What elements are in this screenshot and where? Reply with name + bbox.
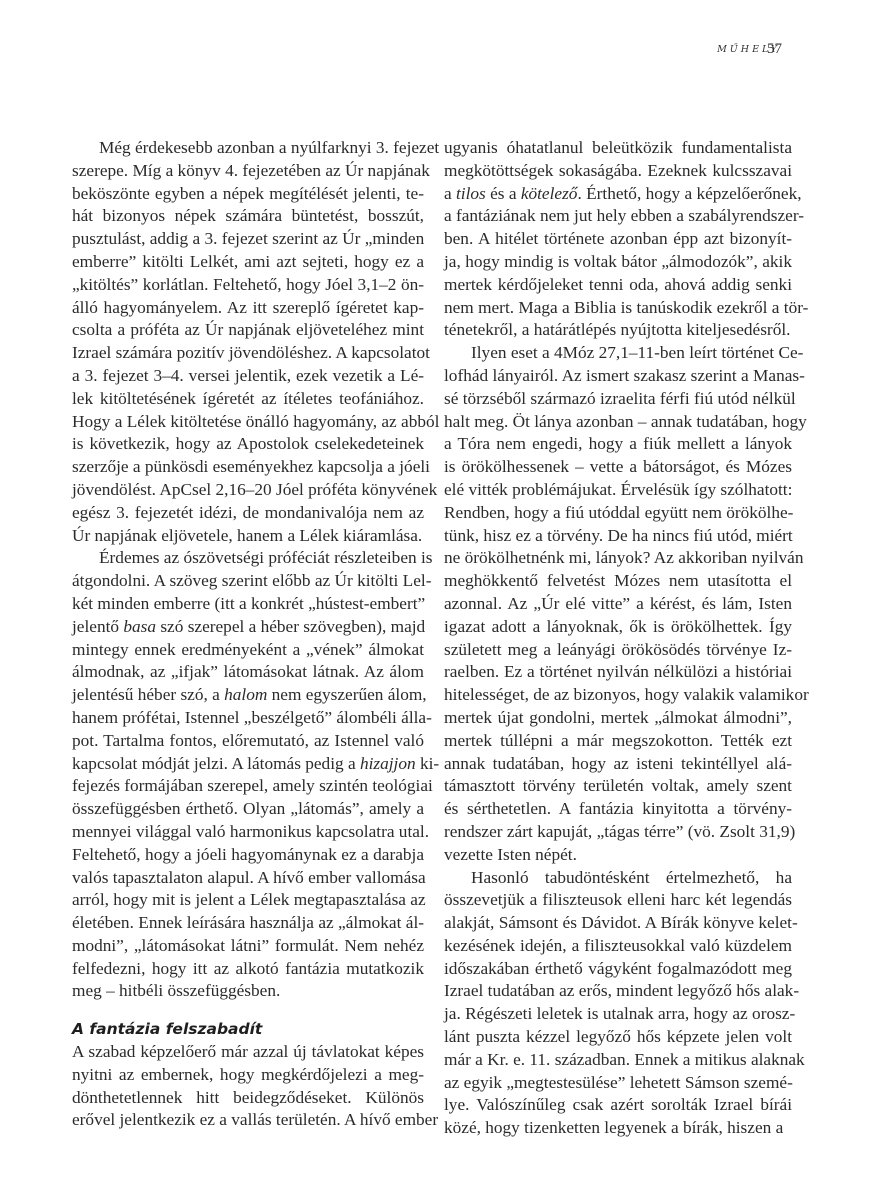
text-line: egész 3. fejezetét idézi, de mondanivaló…	[72, 502, 424, 525]
text-line: annak tudatában, hogy az isteni tekintél…	[444, 753, 792, 776]
text-line: fejezés formájában szerepel, amely szint…	[72, 775, 424, 798]
paragraph: A szabad képzelőerő már azzal új távlato…	[72, 1041, 424, 1132]
text-line: átgondolni. A szöveg szerint előbb az Úr…	[72, 570, 424, 593]
text-line: alakját, Sámsont és Dávidot. A Bírák kön…	[444, 912, 792, 935]
text-line: már a Kr. e. 11. században. Ennek a miti…	[444, 1049, 792, 1072]
text-line: mertek túllépni a már megszokotton. Tett…	[444, 730, 792, 753]
text-line: is következik, hogy az Apostolok cseleke…	[72, 433, 424, 456]
text-line: „kitöltés” korlátlan. Feltehető, hogy Jó…	[72, 274, 424, 297]
text-line: elé vitték problémájukat. Érvelésük így …	[444, 479, 792, 502]
paragraph: ugyanis óhatatlanul beleütközik fundamen…	[444, 137, 792, 342]
text-line: jelentő basa szó szerepel a héber szöveg…	[72, 616, 424, 639]
text-line: a 3. fejezet 3–4. versei jelentik, ezek …	[72, 365, 424, 388]
text-line: csolta a próféta az Úr napjának eljövete…	[72, 319, 424, 342]
text-line: A szabad képzelőerő már azzal új távlato…	[72, 1041, 424, 1064]
text-line: és sérthetetlen. A fantázia kinyitotta a…	[444, 798, 792, 821]
text-line: vezette Isten népét.	[444, 844, 792, 867]
text-line: raelben. Ez a történet nyilván nélkülözi…	[444, 661, 792, 684]
text-line: időszakában érthető vágyként fogalmazódo…	[444, 958, 792, 981]
text-line: kezésének idején, a filiszteusokkal való…	[444, 935, 792, 958]
text-line: jelentésű héber szó, a halom nem egyszer…	[72, 684, 424, 707]
text-line: beköszönte egyben a népek megítélését je…	[72, 183, 424, 206]
text-line: emberre” kitölti Lelkét, ami azt sejteti…	[72, 251, 424, 274]
text-line: két minden emberre (itt a konkrét „húste…	[72, 593, 424, 616]
paragraph: Hasonló tabudöntésként értelmezhető, haö…	[444, 867, 792, 1141]
text-line: pot. Tartalma fontos, előremutató, az Is…	[72, 730, 424, 753]
text-line: Hogy a Lélek kitöltetése önálló hagyomán…	[72, 411, 424, 434]
left-column: Még érdekesebb azonban a nyúlfarknyi 3. …	[72, 137, 424, 1132]
text-line: lek kitöltetésének ígéretét az ítéletes …	[72, 388, 424, 411]
paragraph: Érdemes az ószövetségi próféciát részlet…	[72, 547, 424, 1003]
text-line: támasztott törvény területén voltak, ame…	[444, 775, 792, 798]
text-line: ja. Régészeti leletek is utalnak arra, h…	[444, 1003, 792, 1026]
text-line: tünk, hisz ez a törvény. De ha nincs fiú…	[444, 525, 792, 548]
text-line: összevetjük a filiszteusok elleni harc k…	[444, 889, 792, 912]
text-line: lánt puszta kézzel legyőző hős képzete j…	[444, 1026, 792, 1049]
text-line: valós tapasztalaton alapul. A hívő ember…	[72, 867, 424, 890]
text-line: az egyik „megtestesülése” lehetett Sámso…	[444, 1072, 792, 1095]
text-line: hitelességet, de az bizonyos, hogy valak…	[444, 684, 792, 707]
text-line: Ilyen eset a 4Móz 27,1–11-ben leírt tört…	[444, 342, 792, 365]
text-line: szerepe. Míg a könyv 4. fejezetében az Ú…	[72, 160, 424, 183]
text-line: Izrael számára pozitív jövendöléshez. A …	[72, 342, 424, 365]
text-line: mertek újat gondolni, mertek „álmokat ál…	[444, 707, 792, 730]
text-line: arról, hogy mit is jelent a Lélek megtap…	[72, 889, 424, 912]
text-line: jövendölést. ApCsel 2,16–20 Jóel próféta…	[72, 479, 424, 502]
text-line: nyitni az embernek, hogy megkérdőjelezi …	[72, 1064, 424, 1087]
text-line: nem mert. Maga a Biblia is tanúskodik ez…	[444, 297, 792, 320]
text-line: rendszer zárt kapuját, „tágas térre” (vö…	[444, 821, 792, 844]
text-line: felfedezni, hogy itt az alkotó fantázia …	[72, 958, 424, 981]
text-line: mertek kérdőjeleket tenni oda, ahová add…	[444, 274, 792, 297]
text-line: Rendben, hogy a fiú utóddal együtt nem ö…	[444, 502, 792, 525]
text-line: ugyanis óhatatlanul beleütközik fundamen…	[444, 137, 792, 160]
right-column: ugyanis óhatatlanul beleütközik fundamen…	[444, 137, 792, 1140]
text-line: sé törzséből származó izraelita férfi fi…	[444, 388, 792, 411]
text-line: Még érdekesebb azonban a nyúlfarknyi 3. …	[72, 137, 424, 160]
text-line: életében. Ennek leírására használja az „…	[72, 912, 424, 935]
text-line: azonnal. Az „Úr elé vitte” a kérést, és …	[444, 593, 792, 616]
text-line: halt meg. Öt lánya azonban – annak tudat…	[444, 411, 792, 434]
text-line: Hasonló tabudöntésként értelmezhető, ha	[444, 867, 792, 890]
text-line: álmodnak, az „ifjak” látomásokat látnak.…	[72, 661, 424, 684]
text-line: összefüggésben érthető. Olyan „látomás”,…	[72, 798, 424, 821]
text-line: meg – hitbéli összefüggésben.	[72, 980, 424, 1003]
section-heading: A fantázia felszabadít	[72, 1018, 424, 1041]
text-line: született meg a leányági örökösödés törv…	[444, 639, 792, 662]
text-line: szerzője a pünkösdi eseményekhez kapcsol…	[72, 456, 424, 479]
text-line: Érdemes az ószövetségi próféciát részlet…	[72, 547, 424, 570]
text-line: közé, hogy tizenketten legyenek a bírák,…	[444, 1117, 792, 1140]
paragraph: Ilyen eset a 4Móz 27,1–11-ben leírt tört…	[444, 342, 792, 866]
text-line: igazat adott a lányoknak, ők is örökölhe…	[444, 616, 792, 639]
text-line: ne örökölhetnénk mi, lányok? Az akkoriba…	[444, 547, 792, 570]
text-line: lofhád lányairól. Az ismert szakasz szer…	[444, 365, 792, 388]
text-line: kapcsolat módját jelzi. A látomás pedig …	[72, 753, 424, 776]
text-line: álló hagyományelem. Az itt szereplő ígér…	[72, 297, 424, 320]
text-line: a Tóra nem engedi, hogy a fiúk mellett a…	[444, 433, 792, 456]
text-line: megkötöttségek sokaságába. Ezeknek kulcs…	[444, 160, 792, 183]
text-line: is örökölhessenek – vette a bátorságot, …	[444, 456, 792, 479]
text-line: modni”, „látomásokat látni” formulát. Ne…	[72, 935, 424, 958]
text-line: pusztulást, addig a 3. fejezet szerint a…	[72, 228, 424, 251]
text-line: Úr napjának eljövetele, hanem a Lélek ki…	[72, 525, 424, 548]
text-line: Feltehető, hogy a jóeli hagyománynak ez …	[72, 844, 424, 867]
text-line: mintegy ennek eredményeként a „vének” ál…	[72, 639, 424, 662]
text-line: hanem prófétai, Istennel „beszélgető” ál…	[72, 707, 424, 730]
text-line: erővel jelentkezik ez a vallás területén…	[72, 1109, 424, 1132]
text-line: mennyei világgal való harmonikus kapcsol…	[72, 821, 424, 844]
text-line: ja, hogy mindig is voltak bátor „álmodoz…	[444, 251, 792, 274]
text-line: lye. Valószínűleg csak azért sorolták Iz…	[444, 1094, 792, 1117]
text-line: ben. A hitélet története azonban épp azt…	[444, 228, 792, 251]
text-line: a fantáziának nem jut hely ebben a szabá…	[444, 205, 792, 228]
text-line: meghökkentő felvetést Mózes nem utasítot…	[444, 570, 792, 593]
text-line: hát bizonyos népek számára büntetést, bo…	[72, 205, 424, 228]
text-line: a tilos és a kötelező. Érthető, hogy a k…	[444, 183, 792, 206]
paragraph: Még érdekesebb azonban a nyúlfarknyi 3. …	[72, 137, 424, 547]
text-line: dönthetetlennek hitt beidegződéseket. Kü…	[72, 1087, 424, 1110]
text-line: ténetekről, a határátlépés nyújtotta kit…	[444, 319, 792, 342]
text-line: Izrael tudatában az erős, mindent legyőz…	[444, 980, 792, 1003]
page-number: 57	[767, 41, 782, 58]
